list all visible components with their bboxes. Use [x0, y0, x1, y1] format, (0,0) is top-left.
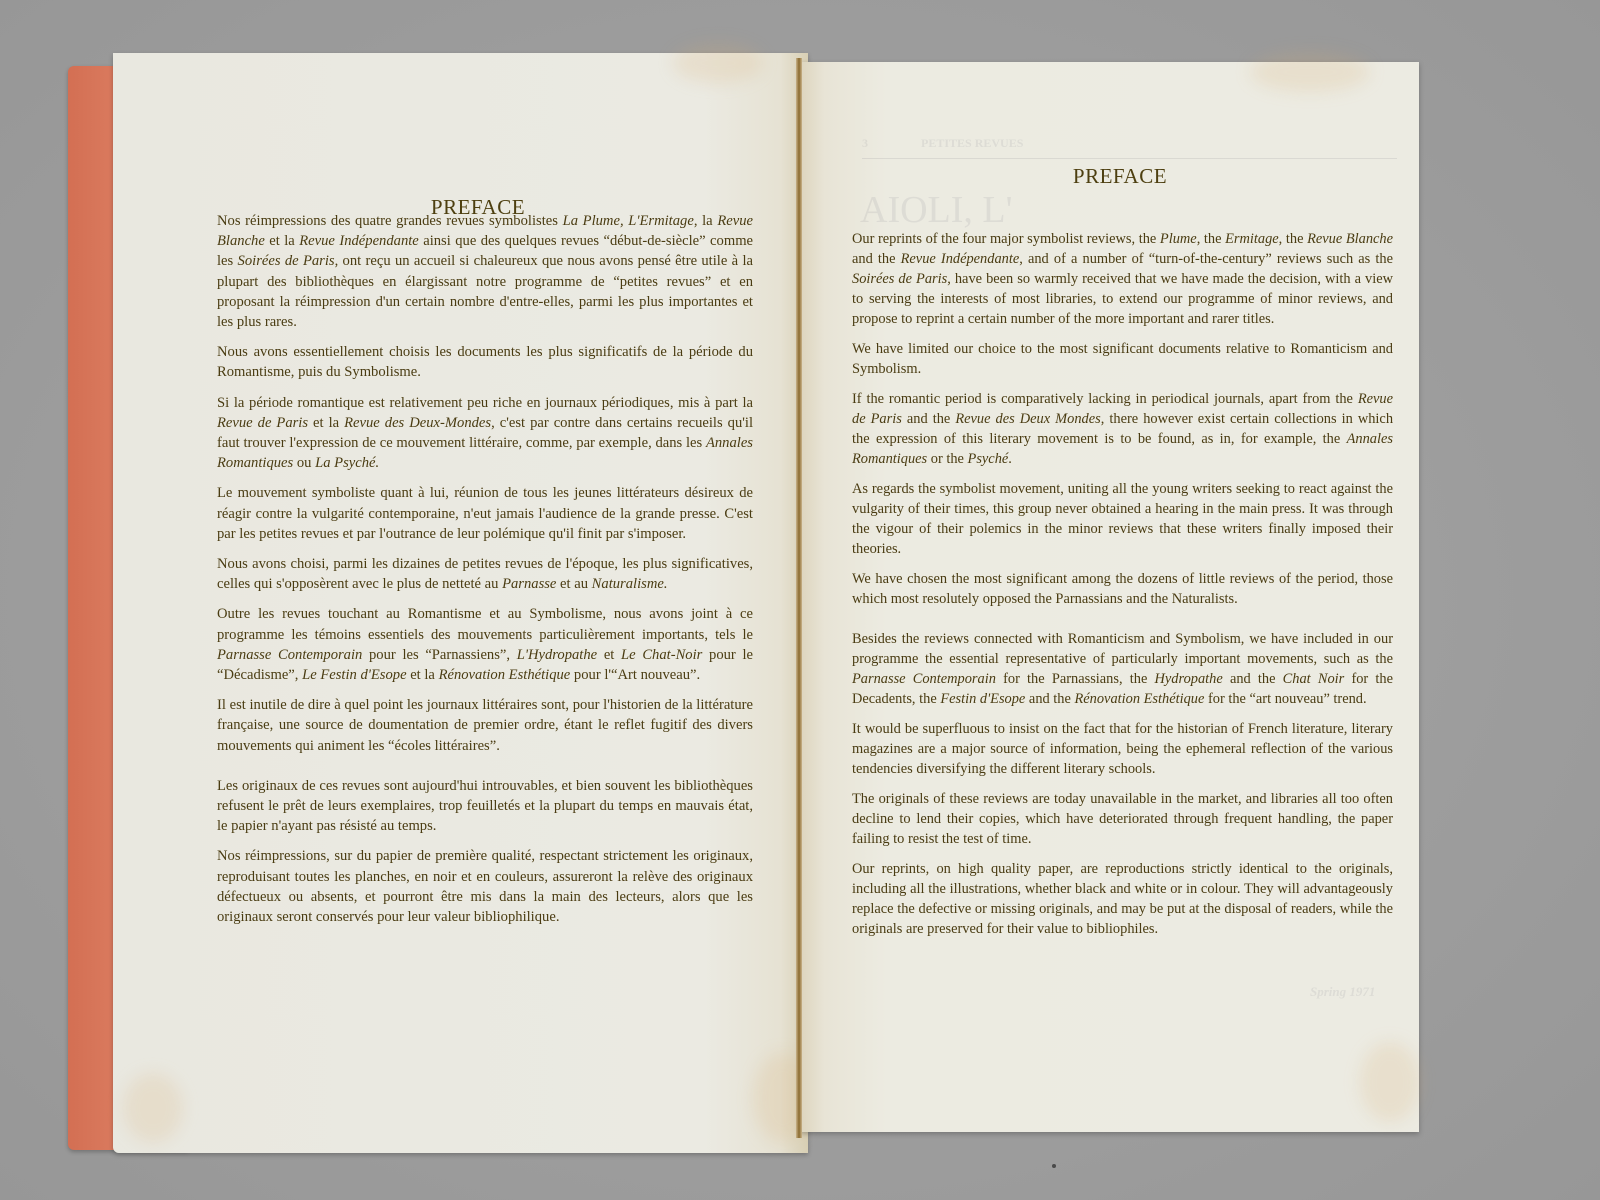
paragraph-text: As regards the symbolist movement, uniti…	[852, 481, 1393, 557]
paragraph-text: or the	[927, 451, 967, 467]
review-title: Rénovation Esthétique	[1074, 691, 1204, 707]
preface-paragraph: Besides the reviews connected with Roman…	[852, 629, 1393, 709]
preface-body-english: Our reprints of the four major symbolist…	[852, 229, 1393, 949]
paragraph-text: Nous avons essentiellement choisis les d…	[217, 344, 753, 380]
review-title: Hydropathe	[1155, 671, 1223, 687]
paragraph-text: pour l'“Art nouveau”.	[570, 667, 700, 683]
preface-paragraph: As regards the symbolist movement, uniti…	[852, 479, 1393, 559]
paragraph-text: Le mouvement symboliste quant à lui, réu…	[217, 485, 753, 541]
preface-paragraph: Les originaux de ces revues sont aujourd…	[217, 776, 753, 837]
paragraph-text: et la	[407, 667, 439, 683]
background-speck	[1052, 1164, 1056, 1168]
preface-paragraph: Nos réimpressions des quatre grandes rev…	[217, 211, 753, 332]
review-title: Revue Indépendante	[299, 233, 419, 249]
paragraph-text: The originals of these reviews are today…	[852, 791, 1393, 847]
review-title: Le Chat-Noir	[621, 647, 702, 663]
review-title: Plume	[1160, 231, 1197, 247]
review-title: Revue des Deux Mondes	[955, 411, 1100, 427]
review-title: Psyché	[968, 451, 1009, 467]
preface-paragraph: We have chosen the most significant amon…	[852, 569, 1393, 609]
paragraph-text: pour les “Parnassiens”,	[362, 647, 516, 663]
review-title: Parnasse	[502, 576, 556, 592]
preface-paragraph: Nos réimpressions, sur du papier de prem…	[217, 846, 753, 927]
review-title: Revue Blanche	[1307, 231, 1393, 247]
preface-paragraph: We have limited our choice to the most s…	[852, 339, 1393, 379]
show-through-rule	[862, 158, 1397, 159]
paragraph-text: We have chosen the most significant amon…	[852, 571, 1393, 607]
paragraph-text: Our reprints of the four major symbolist…	[852, 231, 1160, 247]
preface-paragraph: Our reprints of the four major symbolist…	[852, 229, 1393, 329]
review-title: Revue de Paris	[217, 415, 308, 431]
paragraph-text: Si la période romantique est relativemen…	[217, 395, 753, 411]
right-page-english: 3 PETITES REVUES AIOLI, L' Spring 1971 P…	[800, 62, 1419, 1132]
page-title: PREFACE	[800, 164, 1440, 189]
paragraph-text: , the	[1279, 231, 1307, 247]
review-title: Revue Indépendante	[901, 251, 1020, 267]
preface-paragraph: Our reprints, on high quality paper, are…	[852, 859, 1393, 939]
review-title: Le Festin d'Esope	[302, 667, 406, 683]
preface-paragraph: The originals of these reviews are today…	[852, 789, 1393, 849]
paragraph-text: If the romantic period is comparatively …	[852, 391, 1358, 407]
preface-paragraph: It would be superfluous to insist on the…	[852, 719, 1393, 779]
review-title: Soirées de Paris	[238, 253, 335, 269]
show-through-heading: AIOLI, L'	[860, 188, 1012, 232]
paper-stain	[123, 1073, 183, 1143]
show-through-footer: Spring 1971	[1310, 984, 1375, 1000]
paper-stain	[673, 43, 763, 83]
paragraph-text: for the “art nouveau” trend.	[1204, 691, 1366, 707]
paragraph-text: .	[1008, 451, 1012, 467]
paragraph-text: Il est inutile de dire à quel point les …	[217, 697, 753, 753]
paper-stain	[1250, 52, 1370, 92]
preface-body-french: Nos réimpressions des quatre grandes rev…	[217, 211, 753, 937]
review-title: Soirées de Paris	[852, 271, 947, 287]
review-title: Revue des Deux-Mondes	[344, 415, 491, 431]
book-gutter	[796, 58, 802, 1138]
paragraph-text: et	[597, 647, 621, 663]
paragraph-text: Our reprints, on high quality paper, are…	[852, 861, 1393, 937]
preface-paragraph: Nous avons choisi, parmi les dizaines de…	[217, 554, 753, 594]
paragraph-text: Nous avons choisi, parmi les dizaines de…	[217, 556, 753, 592]
review-title: La Psyché.	[315, 455, 379, 471]
paragraph-text: et la	[265, 233, 299, 249]
preface-paragraph: Outre les revues touchant au Romantisme …	[217, 604, 753, 685]
preface-paragraph: Le mouvement symboliste quant à lui, réu…	[217, 483, 753, 544]
preface-paragraph: If the romantic period is comparatively …	[852, 389, 1393, 469]
paragraph-text: We have limited our choice to the most s…	[852, 341, 1393, 377]
paragraph-text: and the	[1025, 691, 1074, 707]
paragraph-text: and the	[852, 251, 901, 267]
paragraph-text: It would be superfluous to insist on the…	[852, 721, 1393, 777]
review-title: L'Hydropathe	[517, 647, 597, 663]
paragraph-text: , la	[694, 213, 718, 229]
paragraph-text: Nos réimpressions des quatre grandes rev…	[217, 213, 563, 229]
paragraph-text: et la	[308, 415, 344, 431]
preface-paragraph: Si la période romantique est relativemen…	[217, 393, 753, 474]
paragraph-text: Nos réimpressions, sur du papier de prem…	[217, 848, 753, 925]
paper-stain	[1360, 1042, 1420, 1122]
review-title: Parnasse Contemporain	[217, 647, 362, 663]
review-title: Festin d'Esope	[940, 691, 1025, 707]
preface-paragraph: Nous avons essentiellement choisis les d…	[217, 342, 753, 382]
paragraph-text: , the	[1197, 231, 1225, 247]
paragraph-text: et au	[556, 576, 591, 592]
paragraph-text: for the Parnassians, the	[996, 671, 1155, 687]
preface-paragraph: Il est inutile de dire à quel point les …	[217, 695, 753, 756]
review-title: Chat Noir	[1283, 671, 1345, 687]
review-title: Ermitage	[1225, 231, 1279, 247]
paragraph-text: ou	[293, 455, 315, 471]
review-title: La Plume, L'Ermitage	[563, 213, 694, 229]
review-title: Rénovation Esthétique	[439, 667, 571, 683]
review-title: Parnasse Contemporain	[852, 671, 996, 687]
paragraph-text: Besides the reviews connected with Roman…	[852, 631, 1393, 667]
paragraph-text: Outre les revues touchant au Romantisme …	[217, 606, 753, 642]
paragraph-text: and the	[1223, 671, 1283, 687]
show-through-header: 3 PETITES REVUES	[862, 136, 1023, 151]
review-title: Naturalisme.	[592, 576, 668, 592]
paragraph-text: Les originaux de ces revues sont aujourd…	[217, 778, 753, 834]
left-page-french: PREFACE Nos réimpressions des quatre gra…	[113, 53, 808, 1153]
paragraph-text: and the	[902, 411, 956, 427]
paragraph-text: , and of a number of “turn-of-the-centur…	[1019, 251, 1393, 267]
